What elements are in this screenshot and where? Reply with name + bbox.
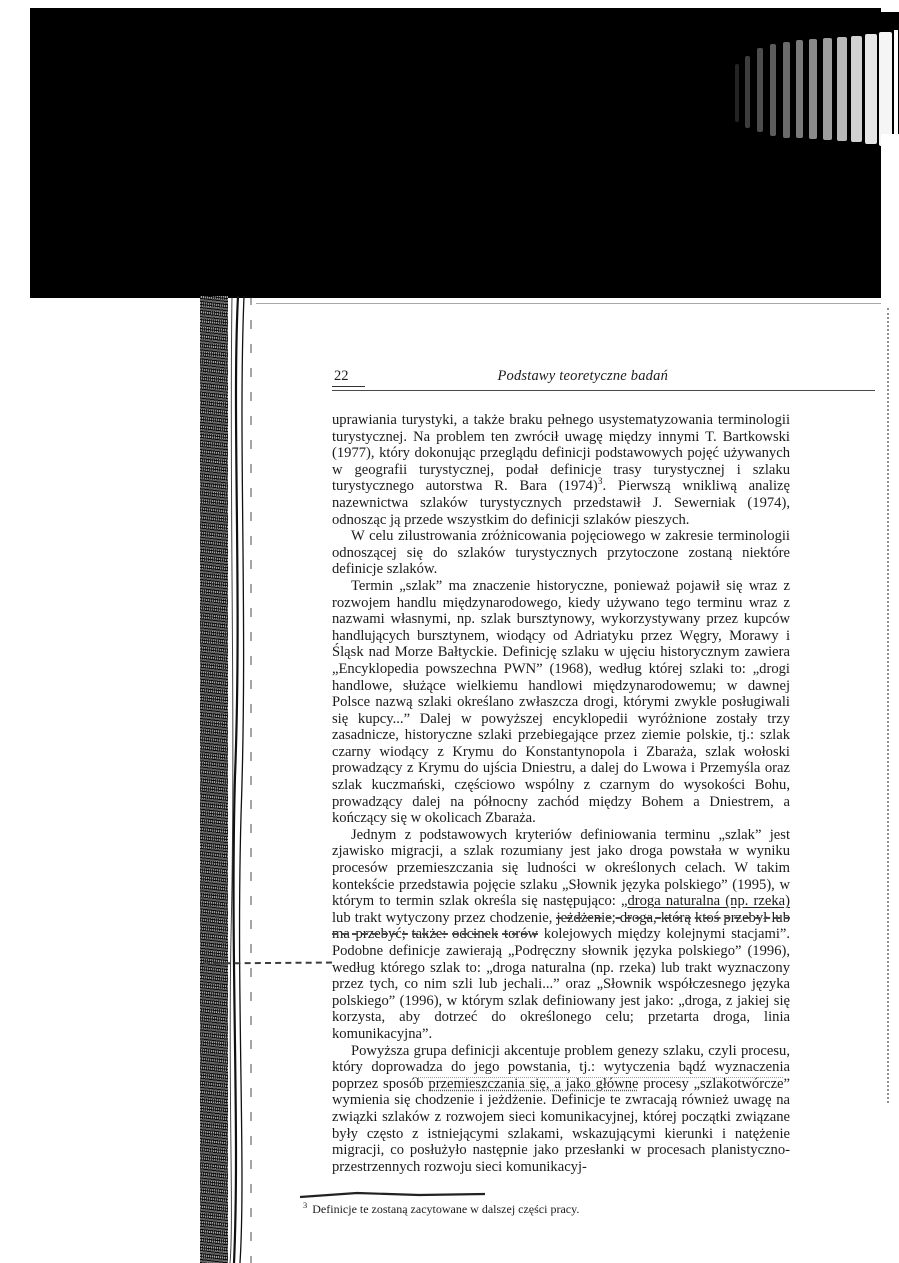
running-head: Podstawy teoretyczne badań — [365, 368, 876, 385]
pencil-dotted-annotation — [415, 1077, 783, 1078]
page-number: 22 — [332, 368, 365, 387]
footnote-text: Definicje te zostaną zacytowane w dalsze… — [312, 1202, 579, 1216]
pencil-dash-annotation — [204, 962, 332, 965]
scan-gutter-texture — [200, 296, 228, 1263]
text-segment-dot-underline: przemieszczania się, a jako główne — [428, 1076, 638, 1092]
paragraph: Powyższa grupa definicji akcentuje probl… — [332, 1043, 790, 1176]
text-segment-underline: droga naturalna (np. rzeka) — [627, 893, 790, 909]
footnote-marker: 3 — [303, 1200, 307, 1210]
paragraph: W celu zilustrowania zróżnicowania pojęc… — [332, 528, 790, 578]
scanned-book-page: 22 Podstawy teoretyczne badań uprawiania… — [0, 0, 899, 1263]
scan-gutter-page-lines — [228, 296, 255, 1263]
text-segment: lub trakt wytyczony przez chodzenie, — [332, 910, 557, 926]
text-segment: kolejowych między kolejnymi stacjami”. P… — [332, 926, 790, 1042]
paragraph: Jednym z podstawowych kryteriów definiow… — [332, 827, 790, 1043]
scan-page-edges-artifact — [733, 30, 898, 150]
footnote: 3Definicje te zostaną zacytowane w dalsz… — [303, 1200, 803, 1217]
paragraph: uprawiania turystyki, a także braku pełn… — [332, 412, 790, 528]
paragraph: Termin „szlak” ma znaczenie historyczne,… — [332, 578, 790, 827]
text-segment: W celu zilustrowania zróżnicowania pojęc… — [332, 528, 790, 577]
footnote-rule — [299, 1191, 489, 1199]
text-segment: Termin „szlak” ma znaczenie historyczne,… — [332, 578, 790, 826]
scan-right-margin-dotted-line — [887, 308, 889, 1103]
page-header: 22 Podstawy teoretyczne badań — [332, 368, 875, 391]
scan-page-edge-line — [256, 303, 881, 304]
body-text: uprawiania turystyki, a także braku pełn… — [332, 412, 790, 1175]
